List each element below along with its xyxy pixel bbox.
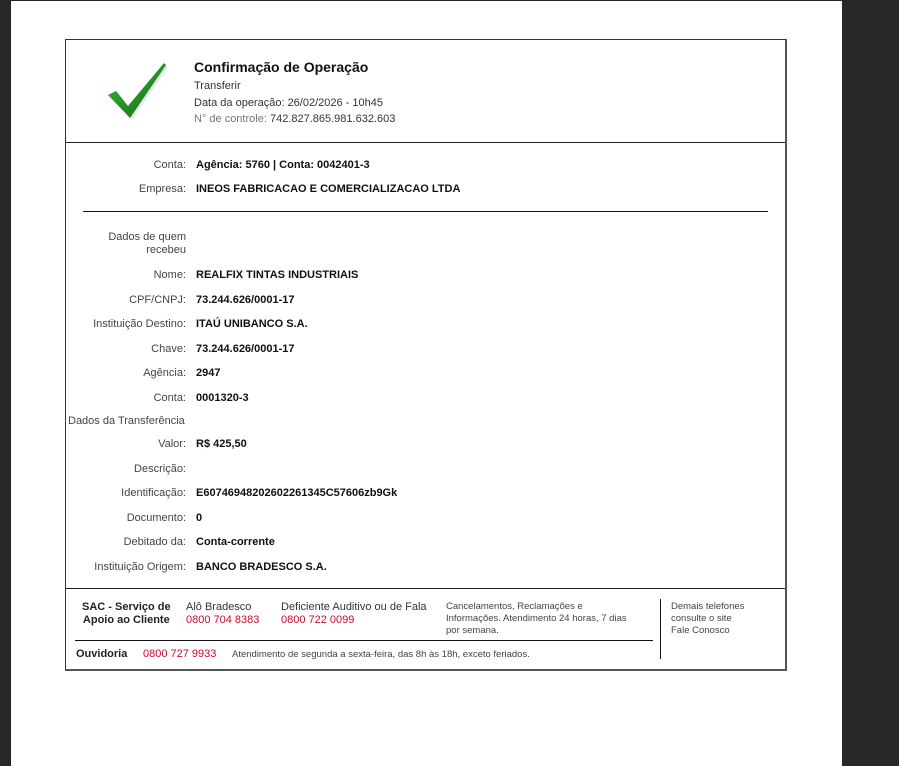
control-number: N° de controle: 742.827.865.981.632.603 <box>194 113 395 125</box>
page-title: Confirmação de Operação <box>194 59 368 75</box>
detail-row: Conta:0001320-3 <box>66 392 785 406</box>
field-value: E60746948202602261345C57606zb9Gk <box>196 487 397 499</box>
field-value: 73.244.626/0001-17 <box>196 294 294 306</box>
detail-row: Debitado da:Conta-corrente <box>66 536 785 550</box>
field-label: CPF/CNPJ: <box>129 294 186 306</box>
field-value: 0 <box>196 512 202 524</box>
field-value: Agência: 5760 | Conta: 0042401-3 <box>196 159 370 171</box>
footer-vertical-divider <box>660 599 661 659</box>
receipt-card: Confirmação de Operação Transferir Data … <box>65 39 787 671</box>
field-value: 2947 <box>196 367 220 379</box>
recipient-section-label: Dados de quem recebeu <box>66 231 785 259</box>
deficiente-auditivo: Deficiente Auditivo ou de Fala 0800 722 … <box>281 601 427 627</box>
operation-date: Data da operação: 26/02/2026 - 10h45 <box>194 97 383 109</box>
detail-row: Instituição Origem:BANCO BRADESCO S.A. <box>66 561 785 575</box>
alo-bradesco-phone[interactable]: 0800 704 8383 <box>186 614 259 627</box>
receipt-header: Confirmação de Operação Transferir Data … <box>66 40 785 143</box>
field-label: Instituição Destino: <box>93 318 186 330</box>
field-label: Conta: <box>154 159 186 171</box>
field-label: Valor: <box>158 438 186 450</box>
field-label: Agência: <box>143 367 186 379</box>
detail-row: Chave:73.244.626/0001-17 <box>66 343 785 357</box>
footer-divider <box>75 640 653 641</box>
field-value: ITAÚ UNIBANCO S.A. <box>196 318 308 330</box>
company-row: Empresa: INEOS FABRICACAO E COMERCIALIZA… <box>66 183 785 197</box>
detail-row: Nome:REALFIX TINTAS INDUSTRIAIS <box>66 269 785 283</box>
detail-row: Identificação:E60746948202602261345C5760… <box>66 487 785 501</box>
detail-row: CPF/CNPJ:73.244.626/0001-17 <box>66 294 785 308</box>
field-value: BANCO BRADESCO S.A. <box>196 561 327 573</box>
field-value: R$ 425,50 <box>196 438 247 450</box>
operation-type: Transferir <box>194 80 241 92</box>
field-label: Instituição Origem: <box>94 561 186 573</box>
sac-title: SAC - Serviço de Apoio ao Cliente <box>82 601 171 627</box>
ouvidoria-label: Ouvidoria <box>76 648 127 660</box>
detail-row: Valor:R$ 425,50 <box>66 438 785 452</box>
field-label: Conta: <box>154 392 186 404</box>
field-value: 73.244.626/0001-17 <box>196 343 294 355</box>
detail-row: Documento:0 <box>66 512 785 526</box>
checkmark-icon <box>106 60 168 120</box>
field-value: REALFIX TINTAS INDUSTRIAIS <box>196 269 358 281</box>
field-label: Descrição: <box>134 463 186 475</box>
detail-row: Agência:2947 <box>66 367 785 381</box>
fale-conosco-link[interactable]: Fale Conosco <box>671 625 744 637</box>
document-page: Confirmação de Operação Transferir Data … <box>11 1 842 766</box>
section-divider <box>83 211 768 212</box>
field-value: 0001320-3 <box>196 392 249 404</box>
field-value: INEOS FABRICACAO E COMERCIALIZACAO LTDA <box>196 183 460 195</box>
ouvidoria-phone[interactable]: 0800 727 9933 <box>143 648 216 660</box>
field-label: Nome: <box>154 269 186 281</box>
other-phones-info: Demais telefones consulte o site Fale Co… <box>671 601 744 637</box>
field-label: Debitado da: <box>124 536 186 548</box>
field-label: Empresa: <box>139 183 186 195</box>
field-value: Conta-corrente <box>196 536 275 548</box>
detail-row: Instituição Destino:ITAÚ UNIBANCO S.A. <box>66 318 785 332</box>
ouvidoria-info: Atendimento de segunda a sexta-feira, da… <box>232 649 530 660</box>
control-value: 742.827.865.981.632.603 <box>270 113 395 125</box>
alo-bradesco: Alô Bradesco 0800 704 8383 <box>186 601 259 627</box>
transfer-section-label: Dados da Transferência <box>68 415 787 429</box>
field-label: Identificação: <box>121 487 186 499</box>
account-row: Conta: Agência: 5760 | Conta: 0042401-3 <box>66 159 785 173</box>
detail-row: Descrição: <box>66 463 785 477</box>
field-label: Chave: <box>151 343 186 355</box>
control-label: N° de controle: <box>194 113 267 125</box>
sac-info: Cancelamentos, Reclamações e Informações… <box>446 601 627 637</box>
contact-footer: SAC - Serviço de Apoio ao Cliente Alô Br… <box>66 588 785 670</box>
deficiente-phone[interactable]: 0800 722 0099 <box>281 614 427 627</box>
field-label: Documento: <box>127 512 186 524</box>
